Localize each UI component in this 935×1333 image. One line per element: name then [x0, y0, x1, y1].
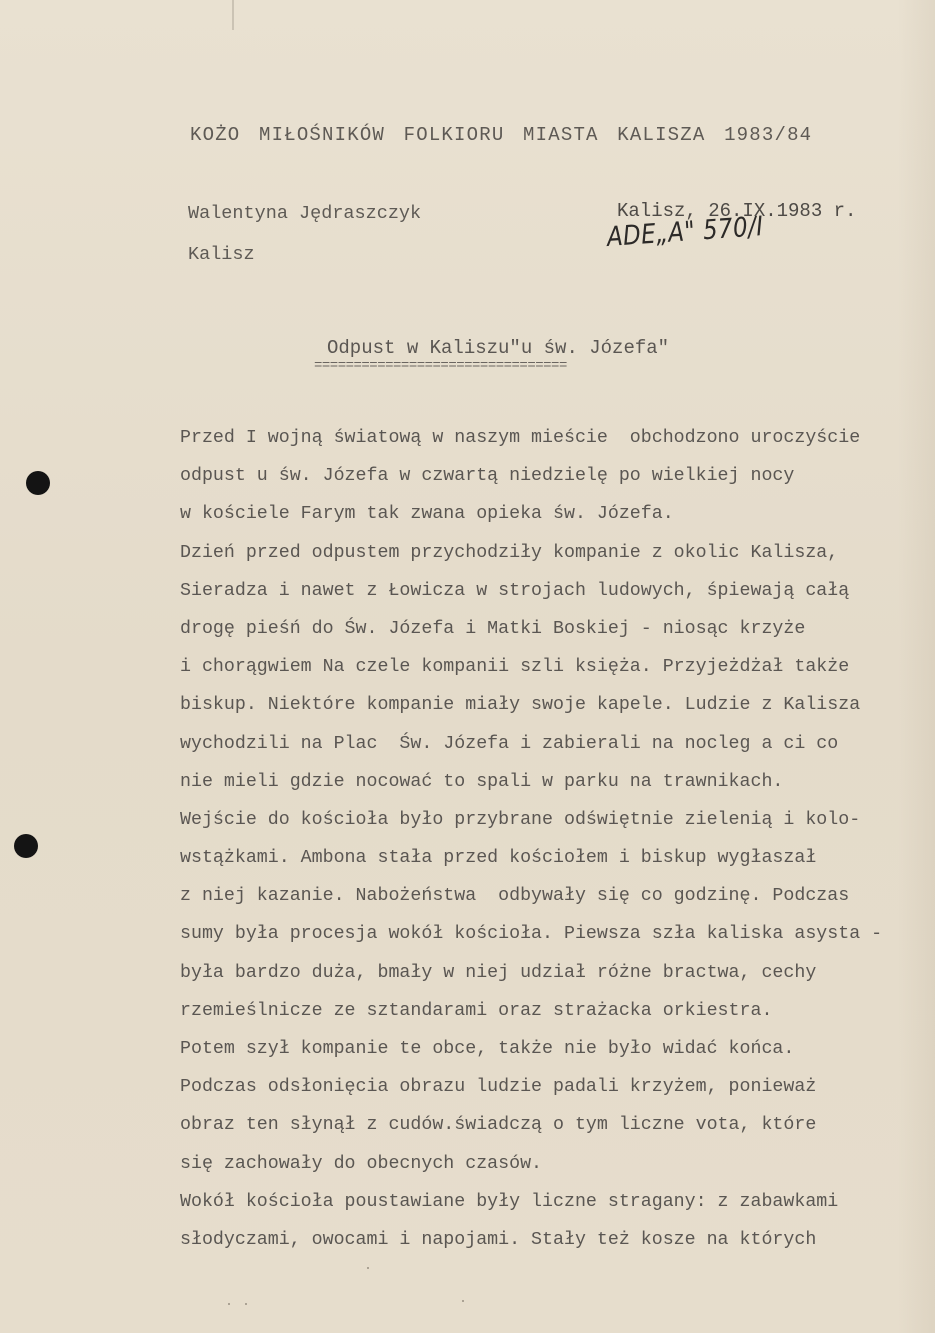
- body-line: Przed I wojną światową w naszym mieście …: [180, 419, 920, 457]
- body-line: drogę pieśń do Św. Józefa i Matki Boskie…: [180, 610, 920, 648]
- paper-speck: [245, 1303, 247, 1305]
- body-line: Dzień przed odpustem przychodziły kompan…: [180, 534, 920, 572]
- body-line: nie mieli gdzie nocować to spali w parku…: [180, 763, 920, 801]
- body-line: Sieradza i nawet z Łowicza w strojach lu…: [180, 572, 920, 610]
- body-line: odpust u św. Józefa w czwartą niedzielę …: [180, 457, 920, 495]
- body-line: z niej kazanie. Nabożeństwa odbywały się…: [180, 877, 920, 915]
- paper-fold-mark: [232, 0, 234, 30]
- body-line: słodyczami, owocami i napojami. Stały te…: [180, 1221, 920, 1259]
- document-body: Przed I wojną światową w naszym mieście …: [180, 419, 920, 1259]
- body-line: Wokół kościoła poustawiane były liczne s…: [180, 1183, 920, 1221]
- document-title: Odpust w Kaliszu"u św. Józefa": [327, 337, 669, 359]
- body-line: wstążkami. Ambona stała przed kościołem …: [180, 839, 920, 877]
- body-line: w kościele Farym tak zwana opieka św. Jó…: [180, 495, 920, 533]
- body-line: i chorągwiem Na czele kompanii szli księ…: [180, 648, 920, 686]
- body-line: rzemieślnicze ze sztandarami oraz straża…: [180, 992, 920, 1030]
- body-line: biskup. Niektóre kompanie miały swoje ka…: [180, 686, 920, 724]
- document-header: KOŻO MIŁOŚNIKÓW FOLKIORU MIASTA KALISZA …: [190, 124, 812, 146]
- paper-speck: [367, 1267, 369, 1269]
- body-line: się zachowały do obecnych czasów.: [180, 1145, 920, 1183]
- body-line: wychodzili na Plac Św. Józefa i zabieral…: [180, 725, 920, 763]
- paper-speck: [462, 1300, 464, 1302]
- body-line: była bardzo duża, bmały w niej udział ró…: [180, 954, 920, 992]
- body-line: obraz ten słynął z cudów.świadczą o tym …: [180, 1106, 920, 1144]
- punch-hole-bottom: [14, 834, 38, 858]
- sender-name: Walentyna Jędraszczyk: [188, 203, 421, 224]
- paper-speck: [228, 1303, 230, 1305]
- sender-city: Kalisz: [188, 244, 255, 265]
- title-underline: ================================: [314, 358, 567, 374]
- punch-hole-top: [26, 471, 50, 495]
- body-line: Wejście do kościoła było przybrane odświ…: [180, 801, 920, 839]
- body-line: sumy była procesja wokół kościoła. Piews…: [180, 915, 920, 953]
- body-line: Potem szył kompanie te obce, także nie b…: [180, 1030, 920, 1068]
- body-line: Podczas odsłonięcia obrazu ludzie padali…: [180, 1068, 920, 1106]
